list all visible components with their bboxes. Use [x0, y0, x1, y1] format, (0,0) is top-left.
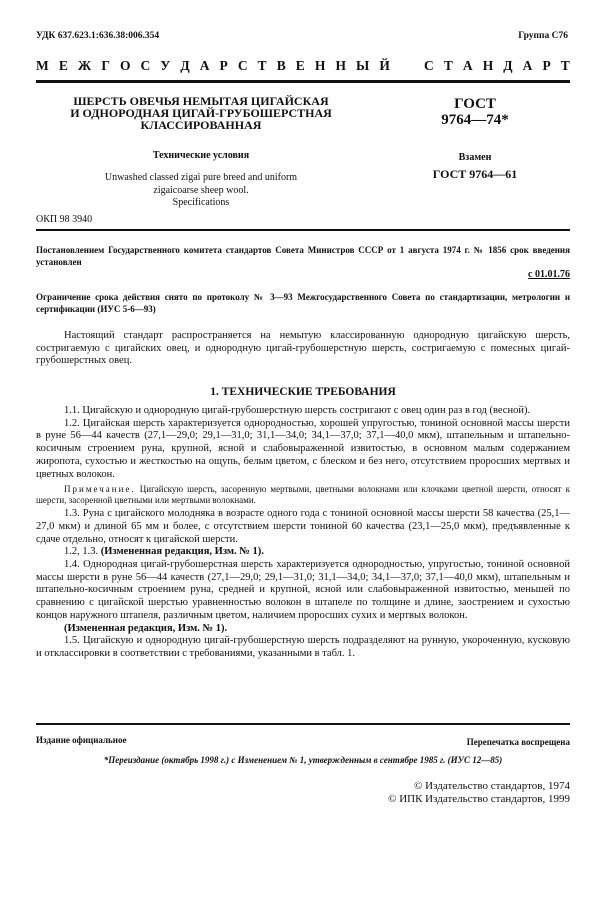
banner-letter: Ы	[356, 58, 369, 74]
copyright-line: © ИПК Издательство стандартов, 1999	[388, 793, 570, 806]
intro-text: Настоящий стандарт распространяется на н…	[36, 330, 570, 368]
amendment-prefix: 1.2, 1.3.	[64, 546, 98, 557]
banner-letter: Т	[561, 58, 570, 74]
gost-label: ГОСТ	[400, 96, 550, 112]
title-divider	[36, 229, 570, 231]
amendment-note: (Измененная редакция, Изм. № 1).	[36, 623, 570, 636]
banner-letter: Р	[220, 58, 228, 74]
amendment-note: 1.2, 1.3. (Измененная редакция, Изм. № 1…	[36, 546, 570, 559]
official-edition-label: Издание официальное	[36, 735, 126, 745]
udk-code: УДК 637.623.1:636.38:006.354	[36, 31, 159, 41]
banner-letter: А	[463, 58, 473, 74]
english-title-line: Unwashed classed zigai pure breed and un…	[36, 172, 366, 185]
banner-letter: С	[238, 58, 248, 74]
title-line: КЛАССИРОВАННАЯ	[36, 119, 366, 131]
banner-letter: Е	[59, 58, 68, 74]
validity-limit-text: Ограничение срока действия снято по прот…	[36, 291, 570, 315]
banner-letter: Й	[379, 58, 390, 74]
okp-code: ОКП 98 3940	[36, 214, 92, 225]
section-body: 1.1. Цигайскую и однородную цигай-грубош…	[36, 405, 570, 661]
banner-letter: Н	[335, 58, 346, 74]
note: Примечание. Цигайскую шерсть, засоренную…	[36, 484, 570, 506]
banner-letter: Н	[315, 58, 326, 74]
banner-letter: Д	[180, 58, 189, 74]
copyright-block: © Издательство стандартов, 1974 © ИПК Из…	[388, 780, 570, 806]
clause-1-4: 1.4. Однородная цигай-грубошерстная шерс…	[36, 559, 570, 623]
gost-number: 9764—74*	[400, 112, 550, 128]
banner-letter: О	[120, 58, 131, 74]
replaces-label: Взамен	[400, 152, 550, 163]
banner-letter: М	[36, 58, 49, 74]
banner-letter: Р	[542, 58, 550, 74]
document-subtitle: Технические условия	[36, 150, 366, 161]
replaces-value: ГОСТ 9764—61	[400, 167, 550, 182]
english-title-line: Specifications	[36, 197, 366, 210]
clause-1-3: 1.3. Руна с цигайского молодняка в возра…	[36, 508, 570, 546]
banner-letter: А	[523, 58, 533, 74]
footer-divider	[36, 723, 570, 725]
banner-letter: Е	[296, 58, 305, 74]
decree-text: Постановлением Государственного комитета…	[36, 244, 570, 268]
note-label: Примечание.	[64, 484, 136, 494]
banner-letter: А	[200, 58, 210, 74]
clause-1-1: 1.1. Цигайскую и однородную цигай-грубош…	[36, 405, 570, 418]
banner-letter: У	[160, 58, 170, 74]
english-title: Unwashed classed zigai pure breed and un…	[36, 172, 366, 210]
banner-letter: Ж	[78, 58, 91, 74]
banner-letter: С	[141, 58, 151, 74]
reissue-note: *Переиздание (октябрь 1998 г.) с Изменен…	[36, 755, 570, 765]
document-title: ШЕРСТЬ ОВЕЧЬЯ НЕМЫТАЯ ЦИГАЙСКАЯ И ОДНОРО…	[36, 95, 366, 131]
intro-paragraph: Настоящий стандарт распространяется на н…	[36, 330, 570, 368]
gost-designation: ГОСТ 9764—74*	[400, 96, 550, 128]
clause-1-5: 1.5. Цигайскую и однородную цигай-грубош…	[36, 635, 570, 660]
banner-letter: Г	[101, 58, 110, 74]
banner-letter: Д	[503, 58, 512, 74]
banner-letter: Т	[258, 58, 267, 74]
banner-gap	[400, 58, 414, 74]
banner-letter: Т	[444, 58, 453, 74]
english-title-line: zigaicoarse sheep wool.	[36, 185, 366, 198]
banner-letter: С	[424, 58, 434, 74]
header-divider	[36, 80, 570, 83]
clause-1-2: 1.2. Цигайская шерсть характеризуется од…	[36, 418, 570, 482]
effective-date: с 01.01.76	[528, 269, 570, 280]
banner-letter: Н	[483, 58, 494, 74]
reprint-prohibited-label: Перепечатка воспрещена	[467, 737, 570, 747]
copyright-line: © Издательство стандартов, 1974	[388, 780, 570, 793]
banner-letter: В	[277, 58, 286, 74]
group-code: Группа С76	[518, 31, 568, 41]
interstate-standard-banner: МЕЖГОСУДАРСТВЕННЫЙСТАНДАРТ	[36, 58, 570, 74]
amendment-text: (Измененная редакция, Изм. № 1).	[101, 546, 264, 557]
replaces-block: Взамен ГОСТ 9764—61	[400, 152, 550, 182]
section-heading: 1. ТЕХНИЧЕСКИЕ ТРЕБОВАНИЯ	[36, 386, 570, 398]
